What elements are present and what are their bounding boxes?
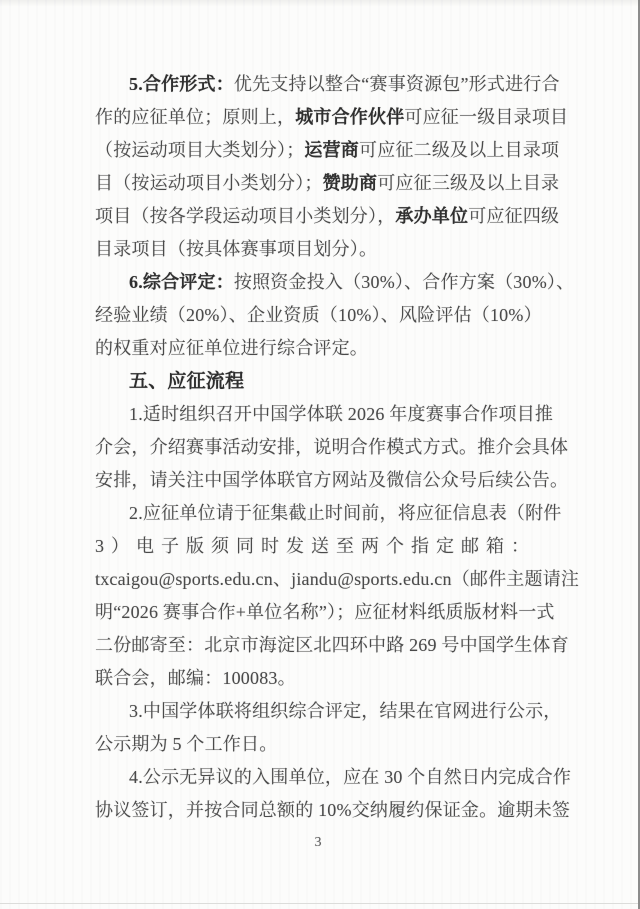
text-line: 经验业绩（20%）、企业资质（10%）、风险评估（10%） [95,299,547,332]
emphasis-text: 运营商 [304,140,359,160]
body-text: 优先支持以整合“赛事资源包”形式进行合 [234,74,560,94]
text-line: 5.合作形式：优先支持以整合“赛事资源包”形式进行合 [95,68,547,101]
body-text: 可应征一级目录项目 [404,107,568,127]
scan-edge-bottom [0,903,638,904]
scan-shadow-top [0,0,640,7]
text-line: 公示期为 5 个工作日。 [95,728,547,761]
text-line: txcaigou@sports.edu.cn、jiandu@sports.edu… [95,563,547,596]
text-line: 联合会，邮编：100083。 [95,662,547,695]
text-line: （按运动项目大类划分）；运营商可应征二级及以上目录项 [95,134,547,167]
text-line: 2.应征单位请于征集截止时间前，将应征信息表（附件 [95,497,547,530]
body-text: 安排，请关注中国学体联官方网站及微信公众号后续公告。 [95,470,568,490]
body-text: txcaigou@sports.edu.cn、jiandu@sports.edu… [95,569,579,589]
text-line: 目录项目（按具体赛事项目划分）。 [95,233,547,266]
body-text: 2.应征单位请于征集截止时间前，将应征信息表（附件 [129,503,562,523]
emphasis-text: 6.综合评定： [129,272,234,292]
body-text: 4.公示无异议的入围单位，应在 30 个自然日内完成合作 [129,767,571,787]
body-text: 作的应征单位；原则上， [95,107,295,127]
document-body: 5.合作形式：优先支持以整合“赛事资源包”形式进行合作的应征单位；原则上，城市合… [95,68,547,827]
body-text: 经验业绩（20%）、企业资质（10%）、风险评估（10%） [95,305,542,325]
body-text: 可应征四级 [468,206,559,226]
body-text: 按照资金投入（30%）、合作方案（30%）、 [234,272,574,292]
body-text: 目（按运动项目小类划分）； [95,173,323,193]
emphasis-text: 赞助商 [323,173,378,193]
text-line: 3.中国学体联将组织综合评定，结果在官网进行公示， [95,695,547,728]
body-text: 3）电子版须同时发送至两个指定邮箱： [95,536,536,556]
text-line: 二份邮寄至：北京市海淀区北四环中路 269 号中国学生体育 [95,629,547,662]
page-number: 3 [0,835,636,851]
body-text: 的权重对应征单位进行综合评定。 [95,338,368,358]
body-text: 联合会，邮编：100083。 [95,668,296,688]
text-line: 作的应征单位；原则上，城市合作伙伴可应征一级目录项目 [95,101,547,134]
body-text: 可应征二级及以上目录项 [359,140,559,160]
body-text: （按运动项目大类划分）； [95,140,304,160]
text-line: 1.适时组织召开中国学体联 2026 年度赛事合作项目推 [95,398,547,431]
emphasis-text: 5.合作形式： [129,74,234,94]
body-text: 3.中国学体联将组织综合评定，结果在官网进行公示， [129,701,562,721]
text-line: 项目（按各学段运动项目小类划分），承办单位可应征四级 [95,200,547,233]
text-line: 目（按运动项目小类划分）；赞助商可应征三级及以上目录 [95,167,547,200]
emphasis-text: 城市合作伙伴 [295,107,404,127]
text-line: 安排，请关注中国学体联官方网站及微信公众号后续公告。 [95,464,547,497]
body-text: 二份邮寄至：北京市海淀区北四环中路 269 号中国学生体育 [95,635,569,655]
text-line: 的权重对应征单位进行综合评定。 [95,332,547,365]
text-line: 6.综合评定：按照资金投入（30%）、合作方案（30%）、 [95,266,547,299]
emphasis-text: 承办单位 [395,206,468,226]
text-line: 协议签订，并按合同总额的 10%交纳履约保证金。逾期未签 [95,794,547,827]
body-text: 可应征三级及以上目录 [377,173,559,193]
section-heading: 五、应征流程 [95,365,547,398]
body-text: 目录项目（按具体赛事项目划分）。 [95,239,377,259]
body-text: 明“2026 赛事合作+单位名称”）；应征材料纸质版材料一式 [95,602,555,622]
text-line: 介会，介绍赛事活动安排，说明合作模式方式。推介会具体 [95,431,547,464]
body-text: 1.适时组织召开中国学体联 2026 年度赛事合作项目推 [129,404,553,424]
text-line: 3）电子版须同时发送至两个指定邮箱： [95,530,547,563]
body-text: 介会，介绍赛事活动安排，说明合作模式方式。推介会具体 [95,437,568,457]
text-line: 明“2026 赛事合作+单位名称”）；应征材料纸质版材料一式 [95,596,547,629]
body-text: 协议签订，并按合同总额的 10%交纳履约保证金。逾期未签 [95,800,570,820]
text-line: 4.公示无异议的入围单位，应在 30 个自然日内完成合作 [95,761,547,794]
body-text: 公示期为 5 个工作日。 [95,734,277,754]
body-text: 项目（按各学段运动项目小类划分）， [95,206,395,226]
document-page: 5.合作形式：优先支持以整合“赛事资源包”形式进行合作的应征单位；原则上，城市合… [0,0,640,909]
